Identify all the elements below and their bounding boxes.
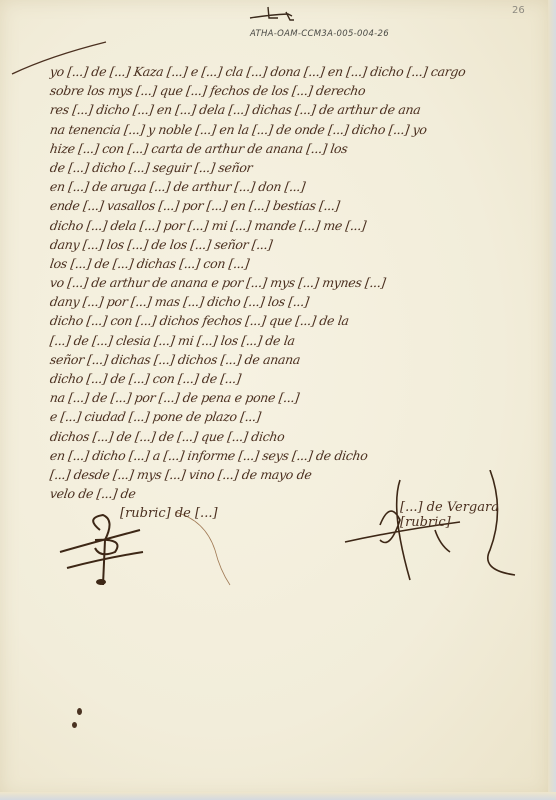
text-line: res [...] dicho [...] en [...] dela [...…	[49, 100, 542, 119]
ink-stain	[72, 722, 77, 728]
text-line: dicho [...] con [...] dichos fechos [...…	[49, 311, 542, 330]
text-line: dicho [...] de [...] con [...] de [...]	[49, 369, 542, 388]
text-line: en [...] dicho [...] a [...] informe [..…	[49, 446, 542, 465]
text-line: de [...] dicho [...] seguir [...] señor	[49, 158, 542, 177]
text-line: [...] de [...] clesia [...] mi [...] los…	[49, 331, 542, 350]
manuscript-page: ATHA-OAM-CCM3A-005-004-26 26 yo [...] de…	[0, 0, 552, 797]
text-line: yo [...] de [...] Kaza [...] e [...] cla…	[49, 62, 542, 81]
signature-right-text: [...] de Vergara [rubric]	[400, 500, 540, 530]
text-line: sobre los mys [...] que [...] fechos de …	[49, 81, 542, 100]
signature-right: [...] de Vergara [rubric]	[340, 470, 540, 585]
signature-left-text: [rubric] de [...]	[120, 506, 218, 521]
page-edge	[548, 0, 556, 800]
folio-mark-icon	[248, 4, 298, 22]
ink-stain	[77, 708, 82, 715]
text-line: hize [...] con [...] carta de arthur de …	[49, 139, 542, 158]
manuscript-body: yo [...] de [...] Kaza [...] e [...] cla…	[50, 62, 540, 503]
text-line: dichos [...] de [...] de [...] que [...]…	[49, 427, 542, 446]
text-line: vo [...] de arthur de anana e por [...] …	[49, 273, 542, 292]
text-line: ende [...] vasallos [...] por [...] en […	[49, 196, 542, 215]
text-line: dicho [...] dela [...] por [...] mi [...…	[49, 216, 542, 235]
text-line: e [...] ciudad [...] pone de plazo [...]	[49, 407, 542, 426]
catalog-stamp: ATHA-OAM-CCM3A-005-004-26	[250, 29, 389, 39]
text-line: en [...] de aruga [...] de arthur [...] …	[49, 177, 542, 196]
text-line: dany [...] los [...] de los [...] señor …	[49, 235, 542, 254]
signature-left: [rubric] de [...]	[55, 500, 235, 590]
text-line: señor [...] dichas [...] dichos [...] de…	[49, 350, 542, 369]
folio-number: 26	[512, 5, 525, 16]
text-line: dany [...] por [...] mas [...] dicho [..…	[49, 292, 542, 311]
text-line: los [...] de [...] dichas [...] con [...…	[49, 254, 542, 273]
page-bottom-edge	[0, 792, 556, 800]
text-line: na [...] de [...] por [...] de pena e po…	[49, 388, 542, 407]
text-line: na tenencia [...] y noble [...] en la [.…	[49, 120, 542, 139]
